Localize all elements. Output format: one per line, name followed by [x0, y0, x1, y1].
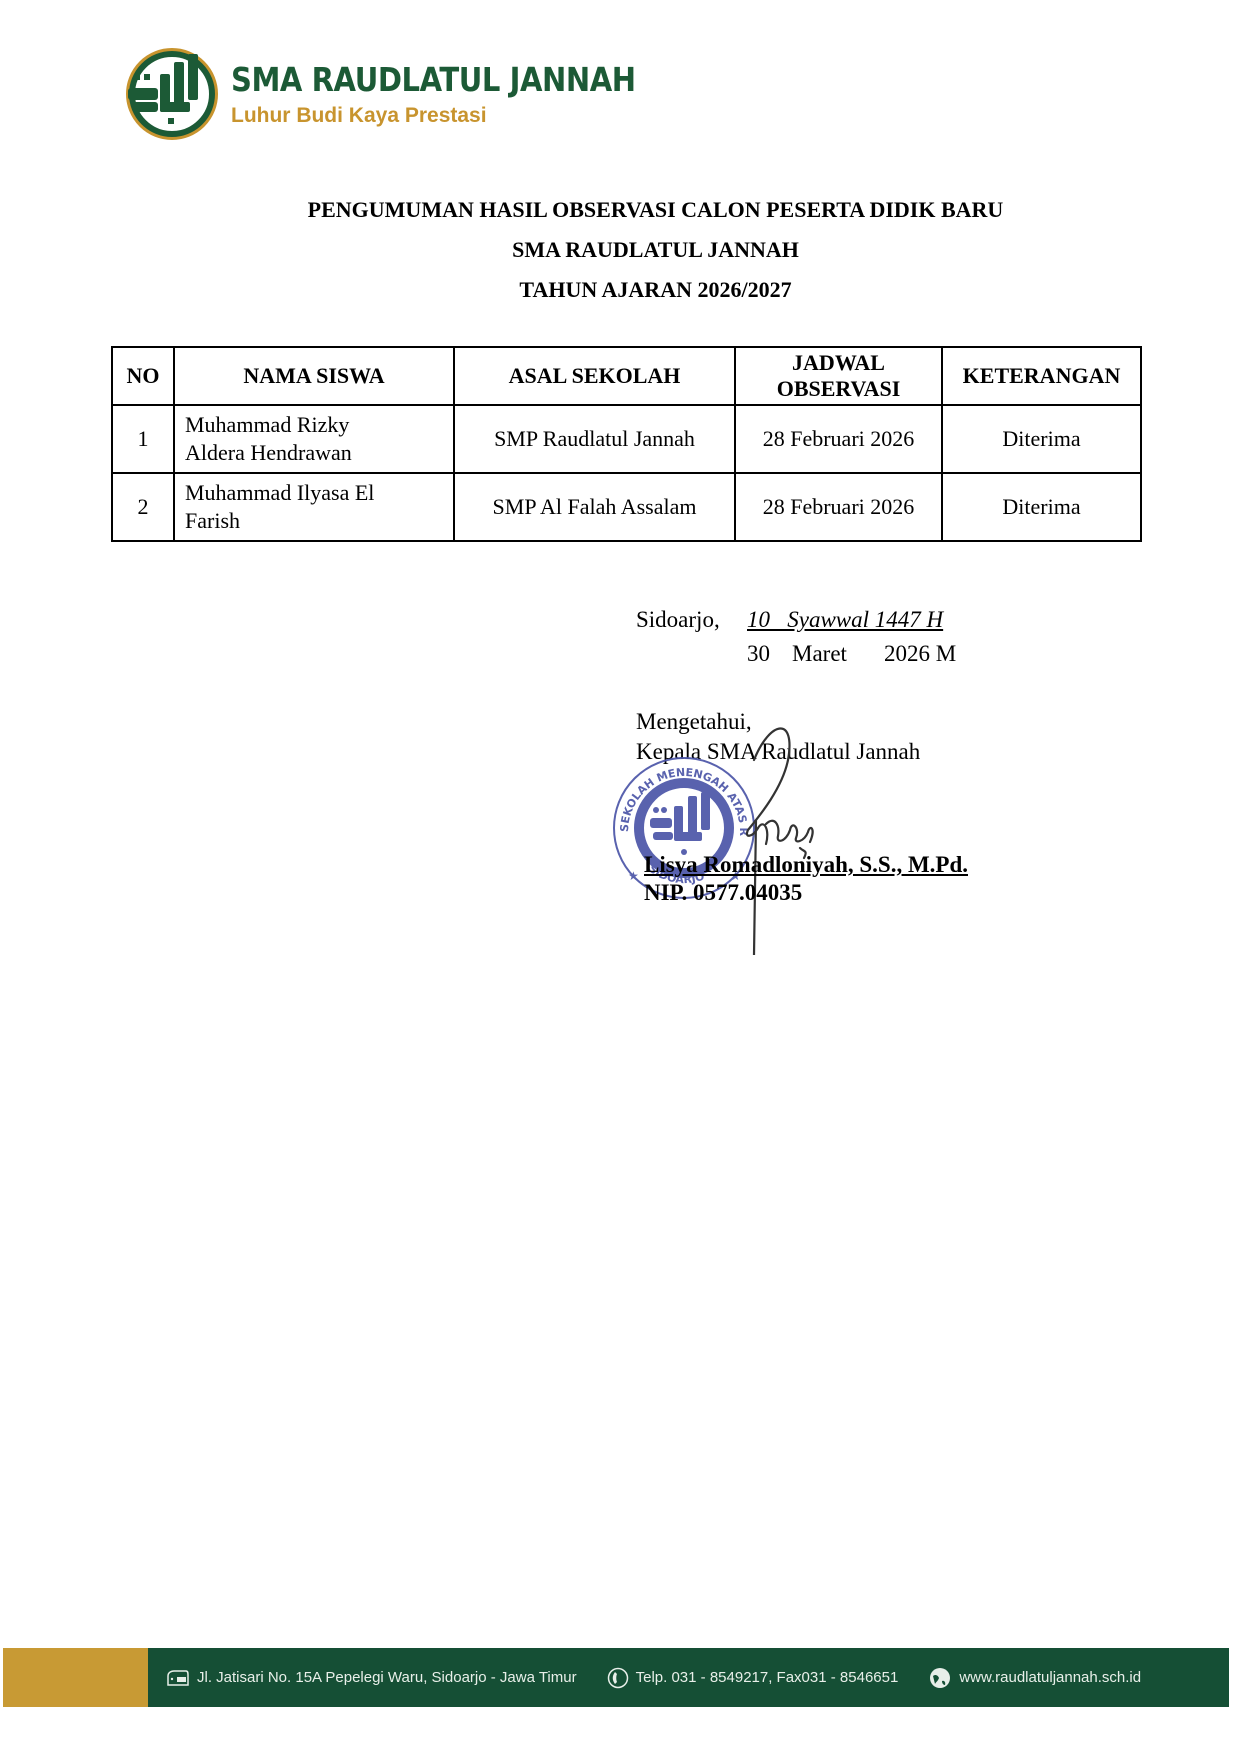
handwritten-signature-icon: [700, 720, 840, 955]
footer-address: Jl. Jatisari No. 15A Pepelegi Waru, Sido…: [166, 1669, 577, 1687]
table-header-row: NO NAMA SISWA ASAL SEKOLAH JADWAL OBSERV…: [112, 347, 1141, 405]
place-label: Sidoarjo,: [636, 603, 747, 637]
header-no: NO: [112, 347, 174, 405]
cell-schedule: 28 Februari 2026: [735, 405, 942, 473]
header-schedule-line1: JADWAL: [746, 350, 931, 376]
hijri-date: 10 Syawwal 1447 H: [747, 603, 943, 637]
cell-status: Diterima: [942, 405, 1141, 473]
announcement-title: PENGUMUMAN HASIL OBSERVASI CALON PESERTA…: [0, 190, 1241, 310]
gregorian-year: 2026 M: [884, 637, 956, 671]
title-line-1: PENGUMUMAN HASIL OBSERVASI CALON PESERTA…: [0, 190, 1241, 230]
cell-student-name: Muhammad Rizky Aldera Hendrawan: [174, 405, 454, 473]
name-line1: Muhammad Rizky: [185, 411, 443, 439]
globe-icon: [928, 1666, 952, 1690]
name-line2: Aldera Hendrawan: [185, 439, 443, 467]
school-name-logotype: SMA RAUDLATUL JANNAH: [231, 60, 636, 99]
place-and-date: Sidoarjo, 10 Syawwal 1447 H 30 Maret 202…: [636, 603, 956, 671]
header-observation-schedule: JADWAL OBSERVASI: [735, 347, 942, 405]
school-logo-emblem-icon: [122, 44, 222, 144]
footer-address-text: Jl. Jatisari No. 15A Pepelegi Waru, Sido…: [197, 1669, 577, 1686]
cell-student-name: Muhammad Ilyasa El Farish: [174, 473, 454, 541]
footer-gold-block: [3, 1648, 148, 1707]
header-status: KETERANGAN: [942, 347, 1141, 405]
letterhead-footer: Jl. Jatisari No. 15A Pepelegi Waru, Sido…: [3, 1648, 1229, 1707]
cell-no: 1: [112, 405, 174, 473]
school-tagline: Luhur Budi Kaya Prestasi: [231, 104, 487, 128]
name-line1: Muhammad Ilyasa El: [185, 479, 443, 507]
footer-website-link[interactable]: www.raudlatuljannah.sch.id: [959, 1669, 1141, 1686]
gregorian-day: 30: [747, 637, 792, 671]
footer-phone: Telp. 031 - 8549217, Fax031 - 8546651: [607, 1667, 899, 1689]
cell-no: 2: [112, 473, 174, 541]
title-line-3: TAHUN AJARAN 2026/2027: [0, 270, 1241, 310]
cell-origin-school: SMP Raudlatul Jannah: [454, 405, 735, 473]
cell-origin-school: SMP Al Falah Assalam: [454, 473, 735, 541]
header-schedule-line2: OBSERVASI: [746, 376, 931, 402]
name-line2: Farish: [185, 507, 443, 535]
signer-name: Lisya Romadloniyah, S.S., M.Pd.: [644, 852, 968, 878]
mailbox-icon: [166, 1669, 190, 1687]
header-origin-school: ASAL SEKOLAH: [454, 347, 735, 405]
title-line-2: SMA RAUDLATUL JANNAH: [0, 230, 1241, 270]
footer-website[interactable]: www.raudlatuljannah.sch.id: [928, 1666, 1141, 1690]
observation-results-table: NO NAMA SISWA ASAL SEKOLAH JADWAL OBSERV…: [111, 346, 1142, 542]
table-row: 2 Muhammad Ilyasa El Farish SMP Al Falah…: [112, 473, 1141, 541]
svg-text:★: ★: [628, 869, 639, 883]
gregorian-month: Maret: [792, 637, 884, 671]
cell-schedule: 28 Februari 2026: [735, 473, 942, 541]
cell-status: Diterima: [942, 473, 1141, 541]
footer-phone-text: Telp. 031 - 8549217, Fax031 - 8546651: [636, 1669, 899, 1686]
table-row: 1 Muhammad Rizky Aldera Hendrawan SMP Ra…: [112, 405, 1141, 473]
footer-contact-bar: Jl. Jatisari No. 15A Pepelegi Waru, Sido…: [148, 1648, 1229, 1707]
header-student-name: NAMA SISWA: [174, 347, 454, 405]
signer-nip: NIP. 0577.04035: [644, 880, 802, 906]
phone-icon: [607, 1667, 629, 1689]
